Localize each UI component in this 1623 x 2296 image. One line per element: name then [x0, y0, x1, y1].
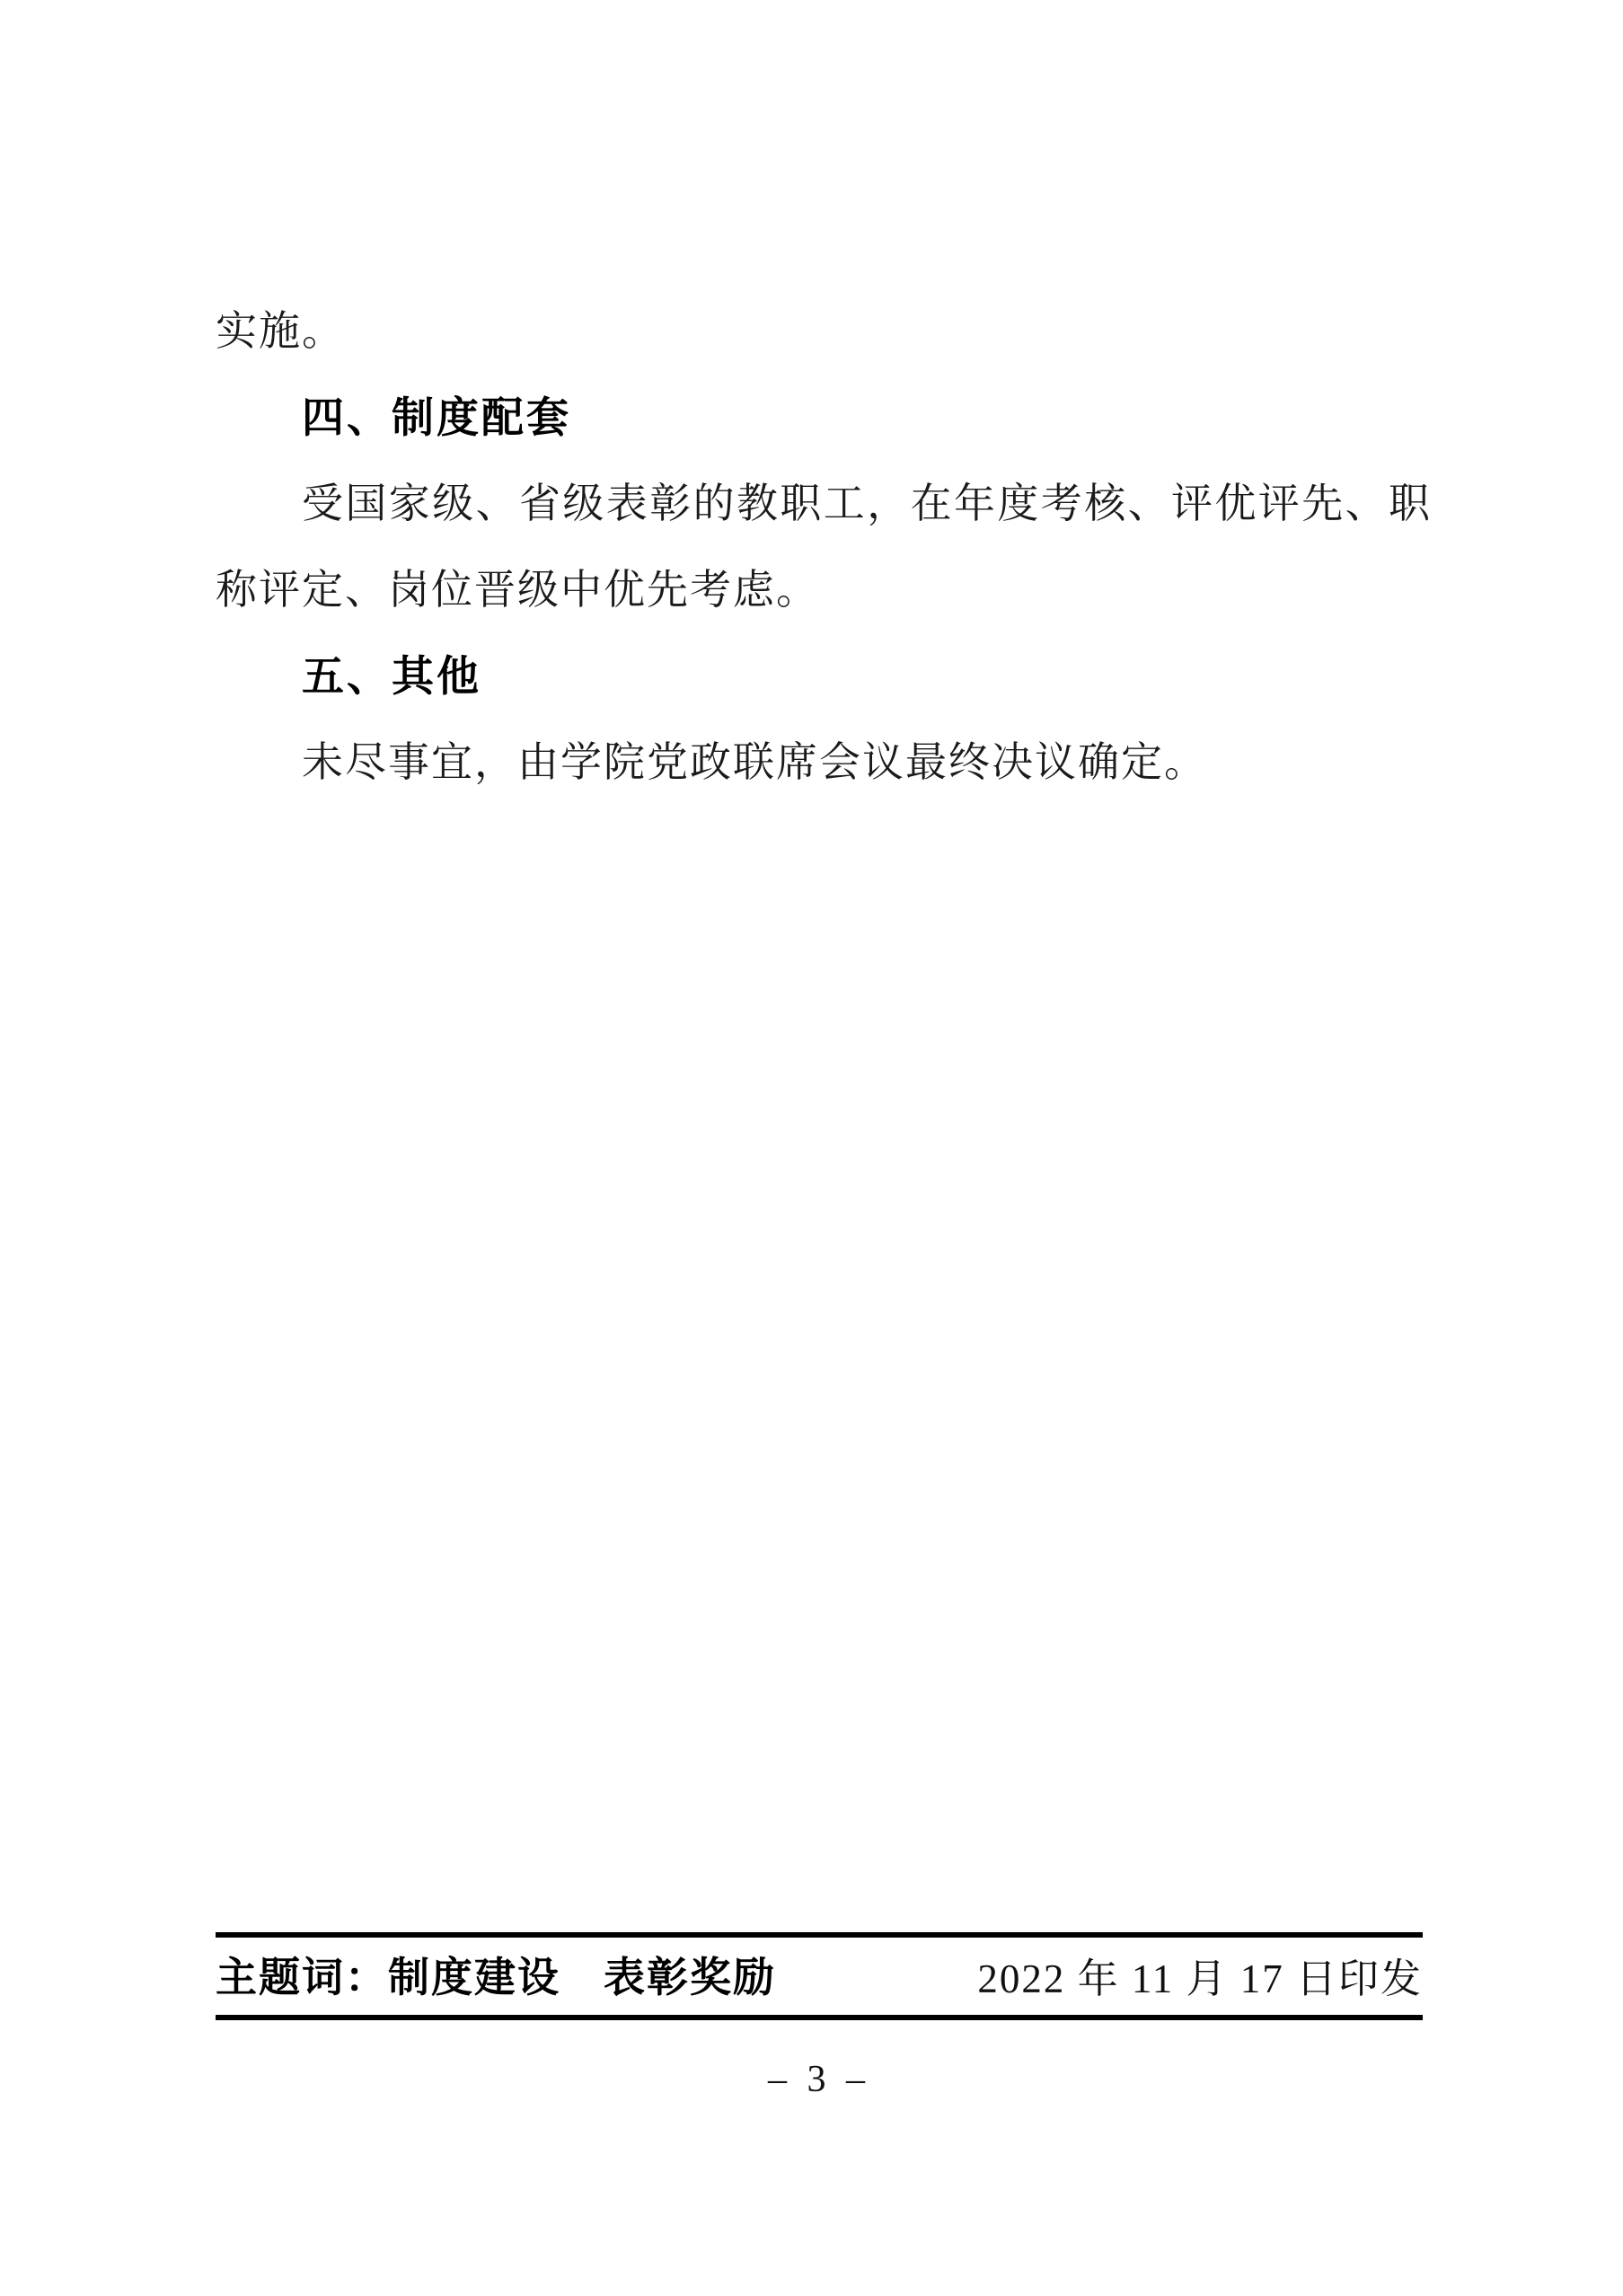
- footer-print-date: 2022 年 11 月 17 日印发: [977, 1956, 1423, 2001]
- footer-rule-bottom: [216, 2015, 1423, 2020]
- page-number: – 3 –: [216, 2060, 1423, 2099]
- paragraph-line-2: 称评定、岗位晋级中优先考虑。: [216, 569, 819, 612]
- section-heading-4: 四、制度配套: [302, 396, 571, 439]
- section-heading-5: 五、其他: [302, 655, 481, 698]
- paragraph-line-3: 未尽事宜，由学院党政联席会议最终决议确定。: [302, 741, 1207, 784]
- body-line-shishi: 实施。: [216, 310, 345, 353]
- paragraph-line-1: 受国家级、省级表彰的教职工，在年度考核、评优评先、职: [302, 482, 1432, 525]
- footer-subject-keywords: 主题词：制度建设 表彰奖励: [216, 1955, 776, 2000]
- footer-rule-top: [216, 1932, 1423, 1938]
- document-page: 实施。 四、制度配套 受国家级、省级表彰的教职工，在年度考核、评优评先、职 称评…: [0, 0, 1623, 2296]
